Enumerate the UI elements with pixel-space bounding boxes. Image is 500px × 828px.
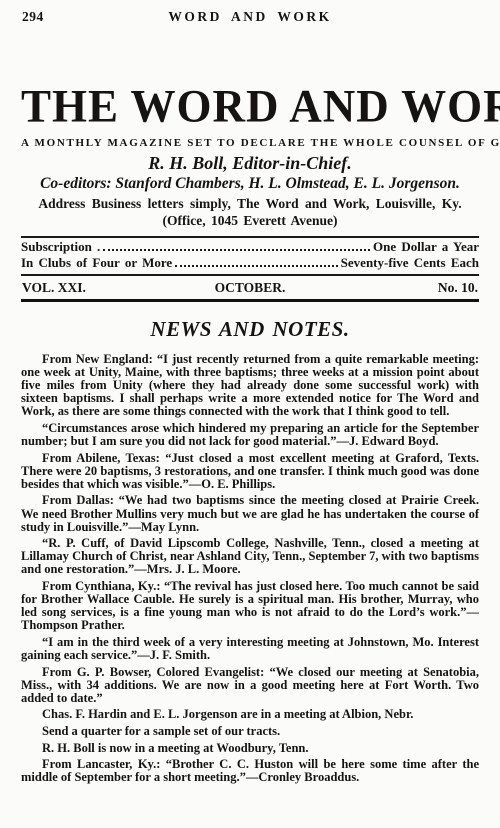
article-body: From New England: “I just recently retur… — [21, 353, 479, 784]
paragraph: “Circumstances arose which hindered my p… — [21, 422, 479, 448]
paragraph: Send a quarter for a sample set of our t… — [21, 725, 479, 738]
coeditors-line: Co-editors: Stanford Chambers, H. L. Olm… — [21, 175, 479, 193]
paragraph: From G. P. Bowser, Colored Evangelist: “… — [21, 666, 479, 705]
subscription-row-clubs: In Clubs of Four or More Seventy-five Ce… — [21, 255, 479, 270]
subscription-price: One Dollar a Year — [373, 239, 479, 254]
paragraph: “I am in the third week of a very intere… — [21, 636, 479, 662]
paragraph: From Abilene, Texas: “Just closed a most… — [21, 452, 479, 491]
paragraph: From Dallas: “We had two baptisms since … — [21, 494, 479, 533]
rule-above-subscription — [21, 236, 479, 238]
subscription-row-single: Subscription . One Dollar a Year — [21, 239, 479, 254]
subscription-label: Subscription . — [21, 239, 100, 254]
office-line: (Office, 1045 Everett Avenue) — [21, 213, 479, 229]
running-title: WORD AND WORK — [21, 9, 479, 25]
paragraph: Chas. F. Hardin and E. L. Jorgenson are … — [21, 708, 479, 721]
paragraph: R. H. Boll is now in a meeting at Woodbu… — [21, 742, 479, 755]
dot-leader — [103, 249, 370, 251]
volume-label: VOL. XXI. — [22, 280, 86, 295]
paragraph: From Lancaster, Ky.: “Brother C. C. Hust… — [21, 758, 479, 784]
paragraph: From New England: “I just recently retur… — [21, 353, 479, 418]
clubs-price: Seventy-five Cents Each — [341, 255, 479, 270]
issue-number: No. 10. — [438, 280, 478, 296]
paragraph: From Cynthiana, Ky.: “The revival has ju… — [21, 580, 479, 632]
masthead-title: THE WORD AND WORK — [21, 81, 479, 131]
issue-month: OCTOBER. — [215, 280, 286, 296]
dot-leader — [175, 265, 337, 267]
page-number: 294 — [22, 9, 44, 25]
paragraph: “R. P. Cuff, of David Lipscomb College, … — [21, 537, 479, 576]
address-line: Address Business letters simply, The Wor… — [21, 196, 479, 212]
clubs-label: In Clubs of Four or More — [21, 255, 172, 270]
issue-info-row: No. 10. VOL. XXI. OCTOBER. — [21, 276, 479, 299]
masthead-tagline: A MONTHLY MAGAZINE SET TO DECLARE THE WH… — [21, 137, 479, 149]
rule-below-issue-row — [21, 299, 479, 302]
editor-line: R. H. Boll, Editor-in-Chief. — [21, 153, 479, 174]
magazine-page: 294 WORD AND WORK THE WORD AND WORK A MO… — [0, 0, 500, 828]
running-head: 294 WORD AND WORK — [21, 9, 479, 26]
article-heading: NEWS AND NOTES. — [21, 317, 479, 342]
